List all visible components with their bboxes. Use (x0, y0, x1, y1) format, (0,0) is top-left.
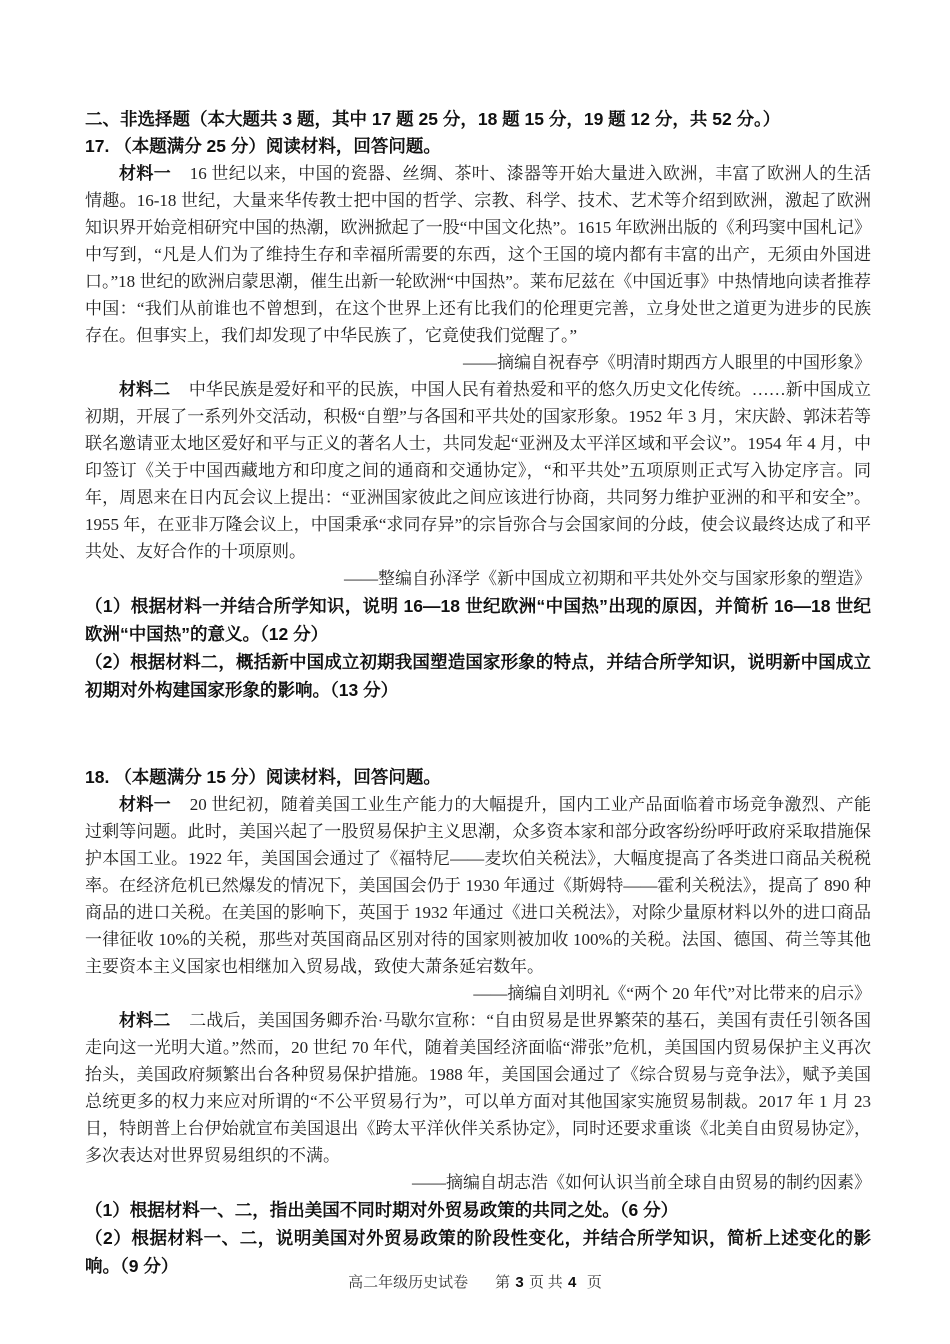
q17-material-1-source: ——摘编自祝春亭《明清时期西方人眼里的中国形象》 (85, 349, 871, 376)
q18-material-1-source: ——摘编自刘明礼《“两个 20 年代”对比带来的启示》 (85, 980, 871, 1007)
q18-subquestion-1: （1）根据材料一、二，指出美国不同时期对外贸易政策的共同之处。（6 分） (85, 1196, 871, 1224)
footer-of-label: 页 共 (529, 1275, 563, 1291)
question-17: 17. （本题满分 25 分）阅读材料，回答问题。 材料一16 世纪以来，中国的… (85, 133, 871, 704)
question-17-stem: 17. （本题满分 25 分）阅读材料，回答问题。 (85, 133, 871, 160)
page-content: 二、非选择题（本大题共 3 题，其中 17 题 25 分，18 题 15 分，1… (85, 106, 871, 1280)
footer-page-label: 第 (495, 1275, 510, 1291)
q18-material-2-text: 二战后，美国国务卿乔治·马歇尔宣称：“自由贸易是世界繁荣的基石，美国有责任引领各… (85, 1011, 871, 1165)
q17-material-2-label: 材料二 (119, 380, 170, 399)
q18-material-2-source: ——摘编自胡志浩《如何认识当前全球自由贸易的制约因素》 (85, 1169, 871, 1196)
q17-material-2-paragraph: 材料二中华民族是爱好和平的民族，中国人民有着热爱和平的悠久历史文化传统。……新中… (85, 376, 871, 565)
page-footer: 高二年级历史试卷第3页 共4页 (0, 1271, 950, 1292)
question-18: 18. （本题满分 15 分）阅读材料，回答问题。 材料一20 世纪初，随着美国… (85, 764, 871, 1280)
q17-material-1-text: 16 世纪以来，中国的瓷器、丝绸、茶叶、漆器等开始大量进入欧洲，丰富了欧洲人的生… (85, 164, 871, 345)
footer-page-total: 4 (568, 1274, 576, 1291)
q18-material-2-label: 材料二 (119, 1011, 170, 1030)
q17-material-2-text: 中华民族是爱好和平的民族，中国人民有着热爱和平的悠久历史文化传统。……新中国成立… (85, 380, 871, 561)
section-header: 二、非选择题（本大题共 3 题，其中 17 题 25 分，18 题 15 分，1… (85, 106, 871, 133)
q18-material-1-label: 材料一 (119, 795, 171, 814)
q17-material-2-source: ——整编自孙泽学《新中国成立初期和平共处外交与国家形象的塑造》 (85, 565, 871, 592)
q17-material-1-label: 材料一 (119, 164, 171, 183)
q17-subquestion-2: （2）根据材料二，概括新中国成立初期我国塑造国家形象的特点，并结合所学知识，说明… (85, 648, 871, 704)
footer-pages-label: 页 (587, 1275, 602, 1291)
footer-page-number: 3 (515, 1274, 523, 1291)
q17-subquestion-1: （1）根据材料一并结合所学知识，说明 16—18 世纪欧洲“中国热”出现的原因，… (85, 592, 871, 648)
question-18-stem: 18. （本题满分 15 分）阅读材料，回答问题。 (85, 764, 871, 791)
q17-material-1-paragraph: 材料一16 世纪以来，中国的瓷器、丝绸、茶叶、漆器等开始大量进入欧洲，丰富了欧洲… (85, 160, 871, 349)
q18-material-1-paragraph: 材料一20 世纪初，随着美国工业生产能力的大幅提升，国内工业产品面临着市场竞争激… (85, 791, 871, 980)
footer-paper-title: 高二年级历史试卷 (348, 1275, 468, 1291)
exam-page: 二、非选择题（本大题共 3 题，其中 17 题 25 分，18 题 15 分，1… (0, 0, 950, 1344)
q18-material-2-paragraph: 材料二二战后，美国国务卿乔治·马歇尔宣称：“自由贸易是世界繁荣的基石，美国有责任… (85, 1007, 871, 1169)
q18-material-1-text: 20 世纪初，随着美国工业生产能力的大幅提升，国内工业产品面临着市场竞争激烈、产… (85, 795, 871, 976)
